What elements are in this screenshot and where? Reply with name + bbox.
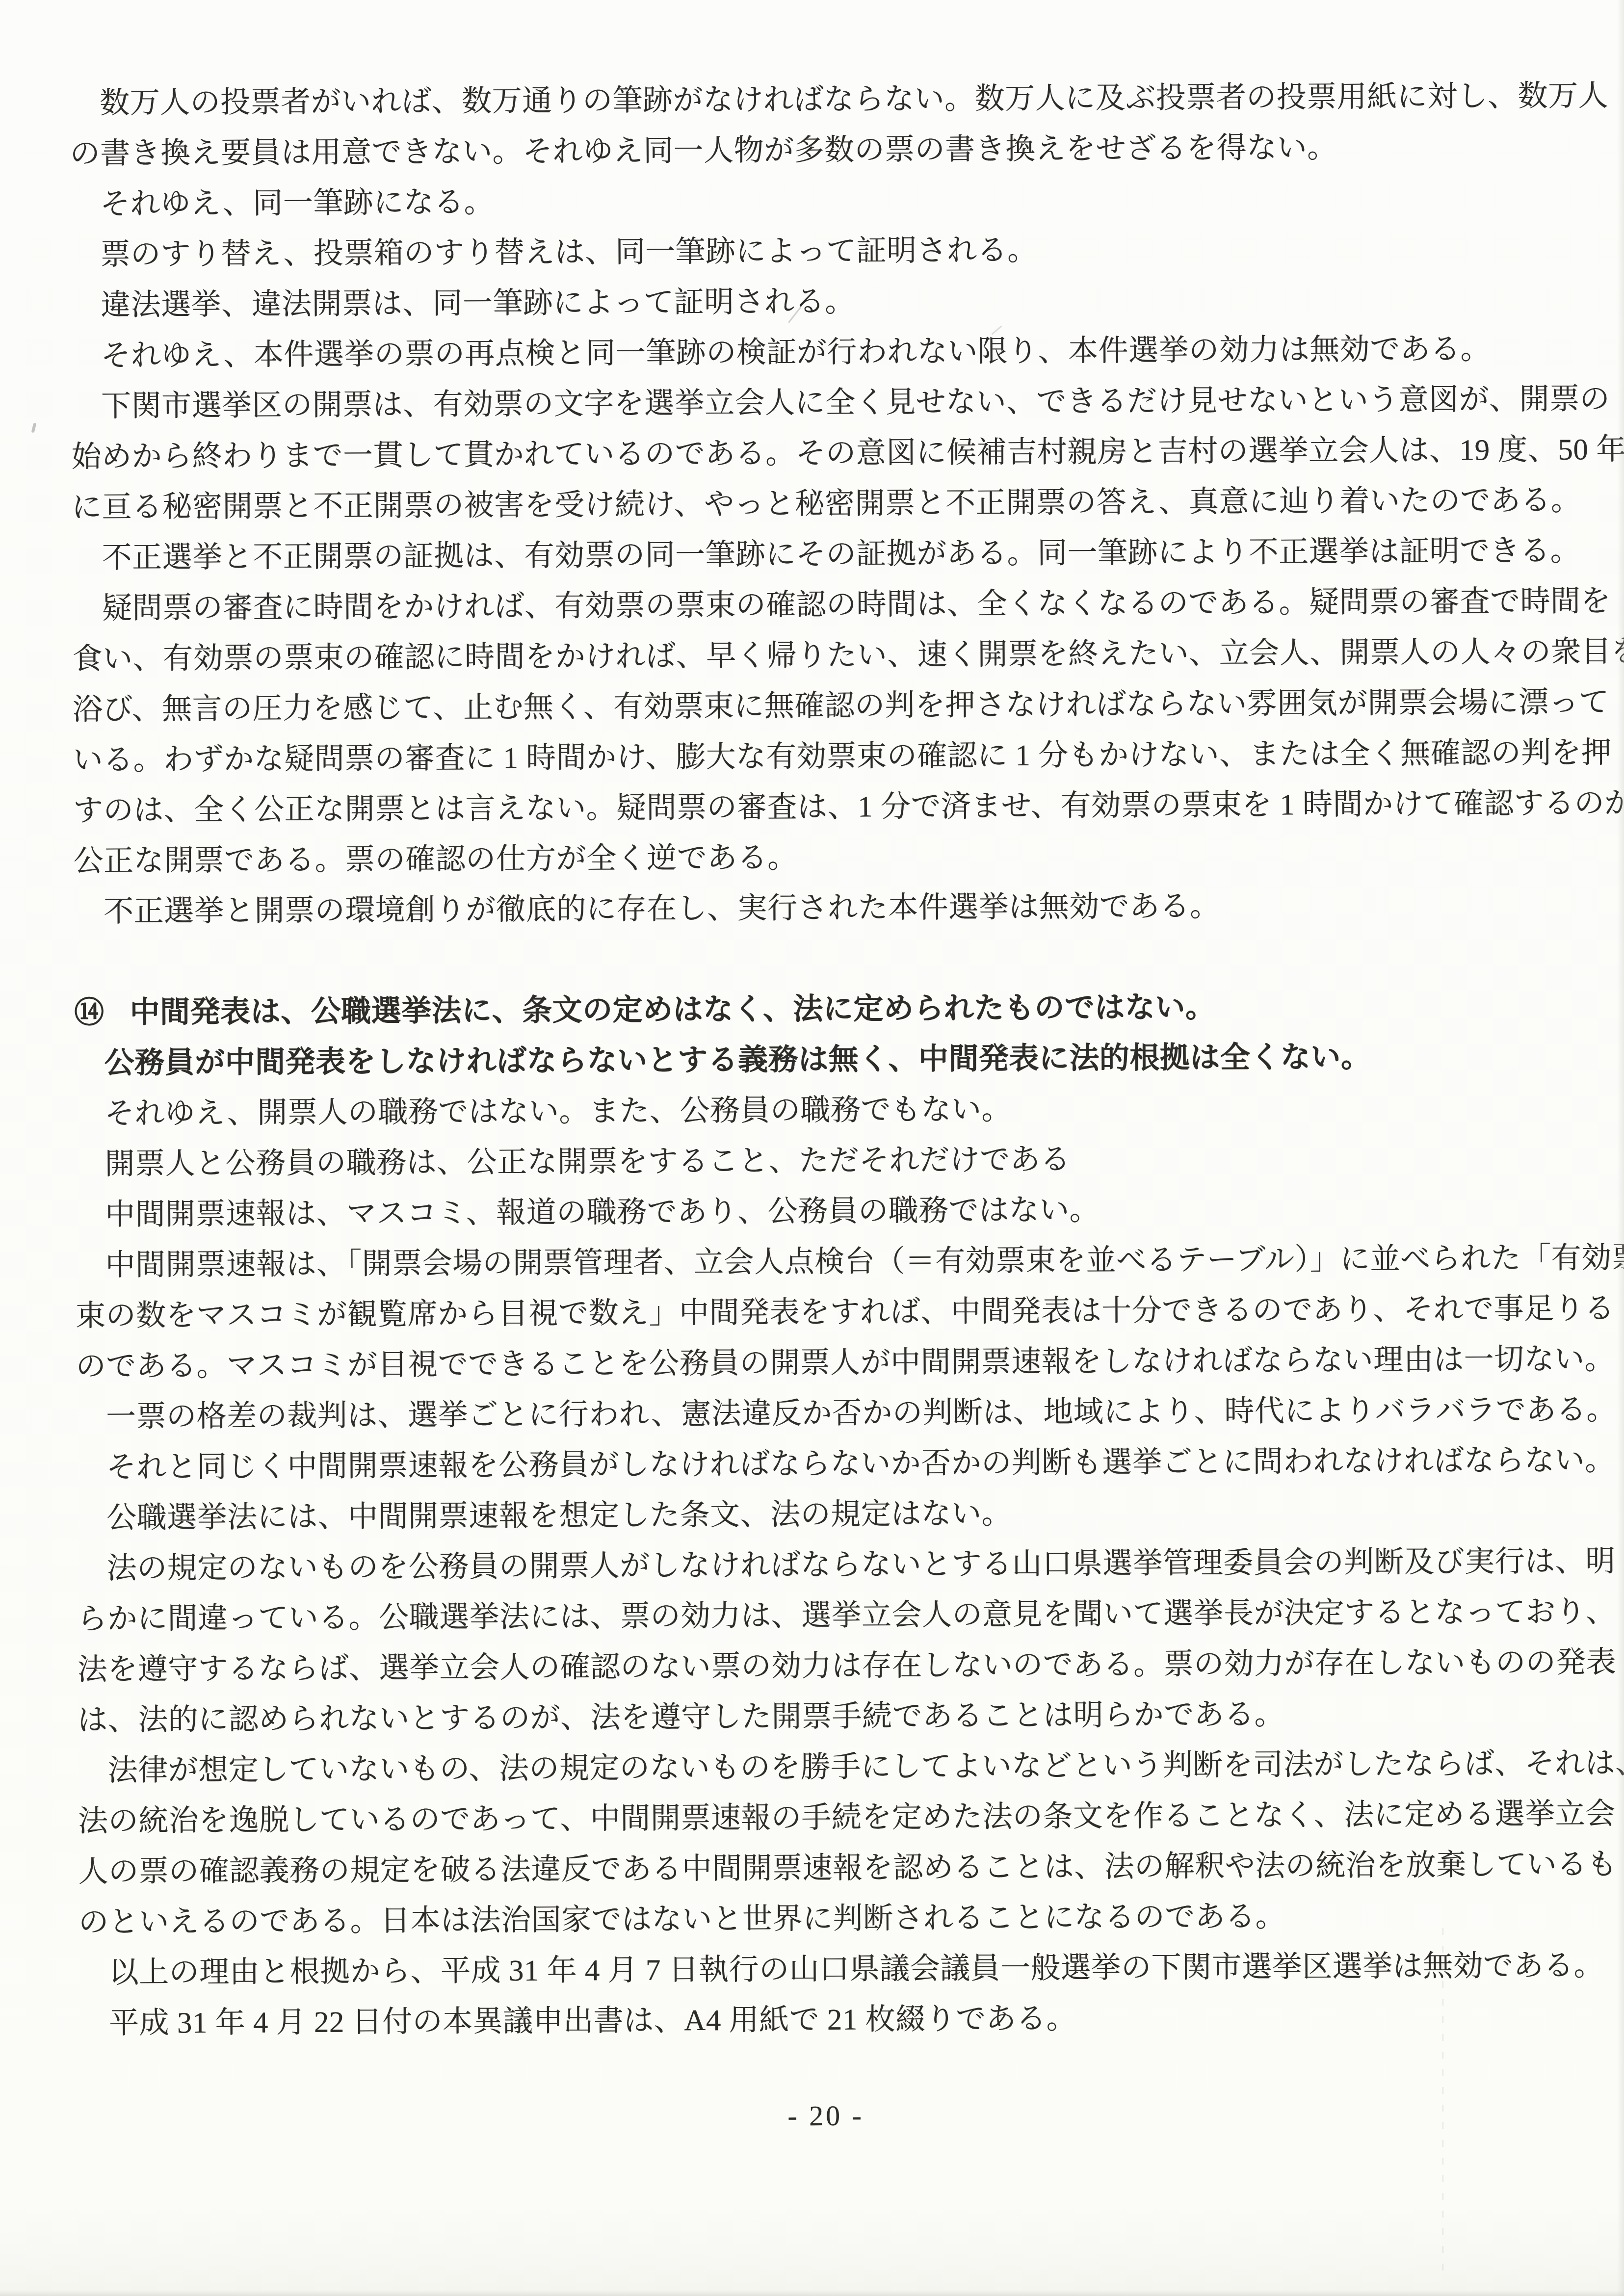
line-text: いる。わずかな疑問票の審査に 1 時間かけ、膨大な有効票束の確認に 1 分もかけ…	[73, 736, 1612, 777]
line-text: に亘る秘密開票と不正開票の被害を受け続け、やっと秘密開票と不正開票の答え、真意に…	[72, 484, 1581, 524]
text-line: のといえるのである。日本は法治国家ではないと世界に判断されることになるのである。	[79, 1890, 1571, 1948]
line-text: 平成 31 年 4 月 22 日付の本異議申出書は、A4 用紙で 21 枚綴りで…	[109, 2002, 1076, 2040]
line-text: 公正な開票である。票の確認の仕方が全く逆である。	[74, 841, 798, 878]
text-line: 開票人と公務員の職務は、公正な開票をすること、ただそれだけである	[75, 1132, 1567, 1190]
line-text: 中間発表は、公職選挙法に、条文の定めはなく、法に定められたものではない。	[130, 991, 1216, 1029]
text-line: 食い、有効票の票束の確認に時間をかければ、早く帰りたい、速く開票を終えたい、立会…	[72, 627, 1565, 685]
text-line: 束の数をマスコミが観覧席から目視で数え」中間発表をすれば、中間発表は十分できるの…	[76, 1284, 1568, 1342]
line-text: 公務員が中間発表をしなければならないとする義務は無く、中間発表に法的根拠は全くな…	[105, 1041, 1371, 1080]
line-text: 法律が想定していないもの、法の規定のないものを勝手にしてよいなどという判断を司法…	[108, 1747, 1624, 1787]
line-text: それゆえ、同一筆跡になる。	[100, 186, 494, 221]
line-text: 束の数をマスコミが観覧席から目視で数え」中間発表をすれば、中間発表は十分できるの…	[76, 1292, 1615, 1332]
text-line: それゆえ、本件選挙の票の再点検と同一筆跡の検証が行われない限り、本件選挙の効力は…	[71, 324, 1563, 382]
line-text: 浴び、無言の圧力を感じて、止む無く、有効票束に無確認の判を押さなければならない雰…	[73, 686, 1609, 726]
text-line: の書き換え要員は用意できない。それゆえ同一人物が多数の票の書き換えをせざるを得な…	[70, 122, 1562, 180]
line-text: らかに間違っている。公職選挙法には、票の効力は、選挙立会人の意見を聞いて選挙長が…	[77, 1595, 1616, 1636]
text-line: 平成 31 年 4 月 22 日付の本異議申出書は、A4 用紙で 21 枚綴りで…	[79, 1991, 1572, 2049]
line-text: 法を遵守するならば、選挙立会人の確認のない票の効力は存在しないのである。票の効力…	[78, 1646, 1617, 1686]
text-line: 違法選挙、違法開票は、同一筆跡によって証明される。	[71, 273, 1563, 331]
text-line: 一票の格差の裁判は、選挙ごとに行われ、憲法違反か否かの判断は、地域により、時代に…	[76, 1385, 1569, 1443]
line-text: 下関市選挙区の開票は、有効票の文字を選挙立会人に全く見せない、できるだけ見せない…	[101, 383, 1610, 423]
line-text: 中間開票速報は、マスコミ、報道の職務であり、公務員の職務ではない。	[105, 1194, 1100, 1231]
scan-artifact-speck	[31, 423, 37, 433]
text-line: 中間開票速報は、マスコミ、報道の職務であり、公務員の職務ではない。	[75, 1183, 1568, 1241]
text-line: 法の統治を逸脱しているのであって、中間開票速報の手続を定めた法の条文を作ることな…	[78, 1789, 1571, 1847]
line-text: 数万人の投票者がいれば、数万通りの筆跡がなければならない。数万人に及ぶ投票者の投…	[100, 79, 1608, 120]
text-line: 法律が想定していないもの、法の規定のないものを勝手にしてよいなどという判断を司法…	[78, 1739, 1570, 1797]
text-line: 法を遵守するならば、選挙立会人の確認のない票の効力は存在しないのである。票の効力…	[77, 1638, 1570, 1696]
text-line: 公務員が中間発表をしなければならないとする義務は無く、中間発表に法的根拠は全くな…	[74, 1031, 1567, 1089]
text-line: 人の票の確認義務の規定を破る法違反である中間開票速報を認めることは、法の解釈や法…	[78, 1840, 1571, 1898]
text-line: 不正選挙と不正開票の証拠は、有効票の同一筆跡にその証拠がある。同一筆跡により不正…	[72, 526, 1564, 584]
text-line: 浴び、無言の圧力を感じて、止む無く、有効票束に無確認の判を押さなければならない雰…	[73, 678, 1565, 735]
line-text: 公職選挙法には、中間開票速報を想定した条文、法の規定はない。	[106, 1497, 1012, 1535]
text-line: それゆえ、同一筆跡になる。	[70, 172, 1563, 230]
line-text: それゆえ、開票人の職務ではない。また、公務員の職務でもない。	[105, 1093, 1012, 1130]
line-text: 不正選挙と不正開票の証拠は、有効票の同一筆跡にその証拠がある。同一筆跡により不正…	[102, 534, 1580, 574]
line-text: 法の統治を逸脱しているのであって、中間開票速報の手続を定めた法の条文を作ることな…	[78, 1798, 1616, 1838]
line-text: は、法的に認められないとするのが、法を遵守した開票手続であることは明らかである。	[78, 1698, 1284, 1737]
text-line: のである。マスコミが目視でできることを公務員の開票人が中間開票速報をしなければな…	[76, 1334, 1568, 1392]
line-text: すのは、全く公正な開票とは言えない。疑問票の審査は、1 分で済ませ、有効票の票束…	[73, 787, 1624, 828]
page-number: - 20 -	[79, 2096, 1572, 2136]
line-text: 一票の格差の裁判は、選挙ごとに行われ、憲法違反か否かの判断は、地域により、時代に…	[106, 1393, 1617, 1434]
line-text: のである。マスコミが目視でできることを公務員の開票人が中間開票速報をしなければな…	[76, 1343, 1615, 1383]
scanned-page: 数万人の投票者がいれば、数万通りの筆跡がなければならない。数万人に及ぶ投票者の投…	[0, 0, 1624, 2296]
text-line: ⑭中間発表は、公職選挙法に、条文の定めはなく、法に定められたものではない。	[74, 981, 1567, 1039]
document-text: 数万人の投票者がいれば、数万通りの筆跡がなければならない。数万人に及ぶ投票者の投…	[70, 71, 1572, 2049]
line-text: それと同じく中間開票速報を公務員がしなければならないか否かの判断も選挙ごとに問わ…	[106, 1444, 1615, 1484]
text-line: いる。わずかな疑問票の審査に 1 時間かけ、膨大な有効票束の確認に 1 分もかけ…	[73, 728, 1565, 786]
line-text: 不正選挙と開票の環境創りが徹底的に存在し、実行された本件選挙は無効である。	[104, 890, 1220, 928]
line-text: 中間開票速報は、「開票会場の開票管理者、立会人点検台（＝有効票束を並べるテーブル…	[105, 1242, 1624, 1282]
text-line: 票のすり替え、投票箱のすり替えは、同一筆跡によって証明される。	[70, 223, 1563, 281]
text-line: それゆえ、開票人の職務ではない。また、公務員の職務でもない。	[75, 1082, 1567, 1140]
text-line: 下関市選挙区の開票は、有効票の文字を選挙立会人に全く見せない、できるだけ見せない…	[71, 374, 1564, 432]
line-text: 人の票の確認義務の規定を破る法違反である中間開票速報を認めることは、法の解釈や法…	[79, 1848, 1618, 1888]
text-line: 始めから終わりまで一貫して貫かれているのである。その意図に候補吉村親房と吉村の選…	[71, 425, 1564, 483]
scan-artifact-bottom-edge	[0, 2290, 1624, 2296]
document-content: 数万人の投票者がいれば、数万通りの筆跡がなければならない。数万人に及ぶ投票者の投…	[70, 71, 1572, 2136]
text-line: に亘る秘密開票と不正開票の被害を受け続け、やっと秘密開票と不正開票の答え、真意に…	[72, 475, 1564, 533]
text-line: 公職選挙法には、中間開票速報を想定した条文、法の規定はない。	[77, 1486, 1569, 1544]
line-text: 法の規定のないものを公務員の開票人がしなければならないとする山口県選挙管理委員会…	[107, 1545, 1616, 1585]
line-text: 以上の理由と根拠から、平成 31 年 4 月 7 日執行の山口県議会議員一般選挙…	[109, 1949, 1604, 1989]
text-line: 不正選挙と開票の環境創りが徹底的に存在し、実行された本件選挙は無効である。	[74, 880, 1566, 938]
line-text: 食い、有効票の票束の確認に時間をかければ、早く帰りたい、速く開票を終えたい、立会…	[72, 635, 1624, 676]
text-line: 法の規定のないものを公務員の開票人がしなければならないとする山口県選挙管理委員会…	[77, 1537, 1569, 1594]
line-text: それゆえ、本件選挙の票の再点検と同一筆跡の検証が行われない限り、本件選挙の効力は…	[101, 333, 1491, 372]
text-line: それと同じく中間開票速報を公務員がしなければならないか否かの判断も選挙ごとに問わ…	[76, 1435, 1569, 1493]
line-text: のといえるのである。日本は法治国家ではないと世界に判断されることになるのである。	[79, 1900, 1285, 1939]
line-text: 開票人と公務員の職務は、公正な開票をすること、ただそれだけである	[105, 1144, 1071, 1181]
text-line: 数万人の投票者がいれば、数万通りの筆跡がなければならない。数万人に及ぶ投票者の投…	[70, 71, 1562, 129]
text-line: 以上の理由と根拠から、平成 31 年 4 月 7 日執行の山口県議会議員一般選挙…	[79, 1941, 1571, 1999]
line-text: 票のすり替え、投票箱のすり替えは、同一筆跡によって証明される。	[100, 234, 1037, 271]
line-text: 始めから終わりまで一貫して貫かれているのである。その意図に候補吉村親房と吉村の選…	[71, 433, 1624, 473]
text-line: 疑問票の審査に時間をかければ、有効票の票束の確認の時間は、全くなくなるのである。…	[72, 576, 1565, 634]
text-line: すのは、全く公正な開票とは言えない。疑問票の審査は、1 分で済ませ、有効票の票束…	[73, 779, 1566, 836]
text-line: 中間開票速報は、「開票会場の開票管理者、立会人点検台（＝有効票束を並べるテーブル…	[75, 1233, 1568, 1291]
scan-artifact-right-edge	[1617, 0, 1624, 2296]
line-text: 違法選挙、違法開票は、同一筆跡によって証明される。	[101, 286, 855, 322]
text-line: は、法的に認められないとするのが、法を遵守した開票手続であることは明らかである。	[78, 1688, 1570, 1746]
text-line: 公正な開票である。票の確認の仕方が全く逆である。	[73, 829, 1566, 887]
circled-14-marker: ⑭	[74, 988, 105, 1038]
text-line: らかに間違っている。公職選挙法には、票の効力は、選挙立会人の意見を聞いて選挙長が…	[77, 1587, 1570, 1645]
line-text: の書き換え要員は用意できない。それゆえ同一人物が多数の票の書き換えをせざるを得な…	[70, 131, 1337, 171]
line-text: 疑問票の審査に時間をかければ、有効票の票束の確認の時間は、全くなくなるのである。…	[102, 585, 1611, 625]
